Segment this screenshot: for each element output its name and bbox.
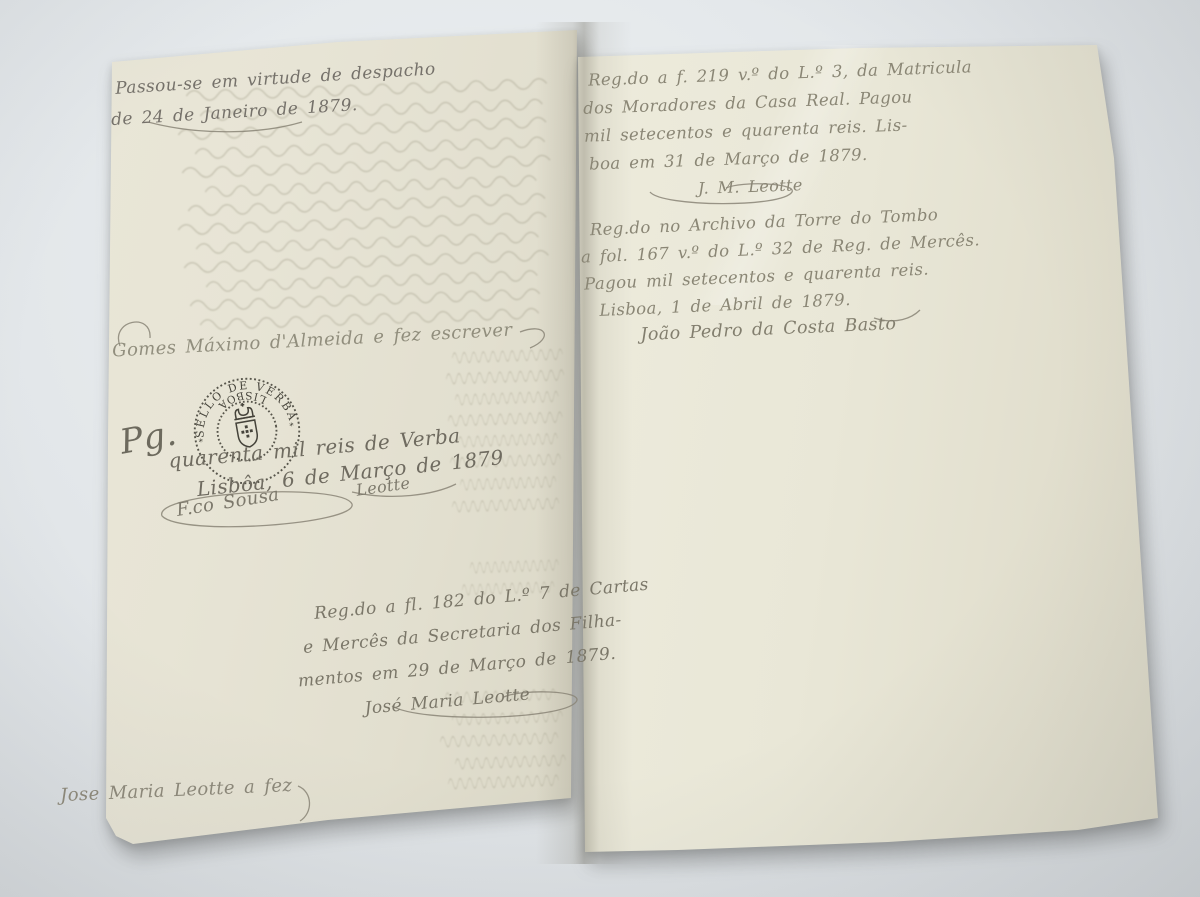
flourish-clerk-tail (520, 329, 544, 348)
clerk-line: Gomes Máximo d'Almeida e fez escrever (112, 320, 513, 362)
stamp-crown-icon (232, 401, 255, 420)
flourish-maker-tail (298, 786, 310, 821)
dispatch-note: Passou-se em virtude de despacho de 24 d… (114, 54, 438, 135)
filhamentos-registry-note: Reg.do a fl. 182 do L.º 7 de Cartas e Me… (291, 569, 659, 732)
matricula-registry-note: Reg.do a f. 219 v.º do L.º 3, da Matricu… (582, 53, 977, 207)
torre-do-tombo-note: Reg.do no Archivo da Torre do Tombo a fo… (577, 199, 984, 351)
manuscript-photograph: SELLO DE VERBA LISBOA * * Passou-se em v… (0, 0, 1200, 897)
stamp-right-mark: * (289, 421, 296, 432)
maker-line: Jose Maria Leotte a fez (60, 775, 293, 806)
